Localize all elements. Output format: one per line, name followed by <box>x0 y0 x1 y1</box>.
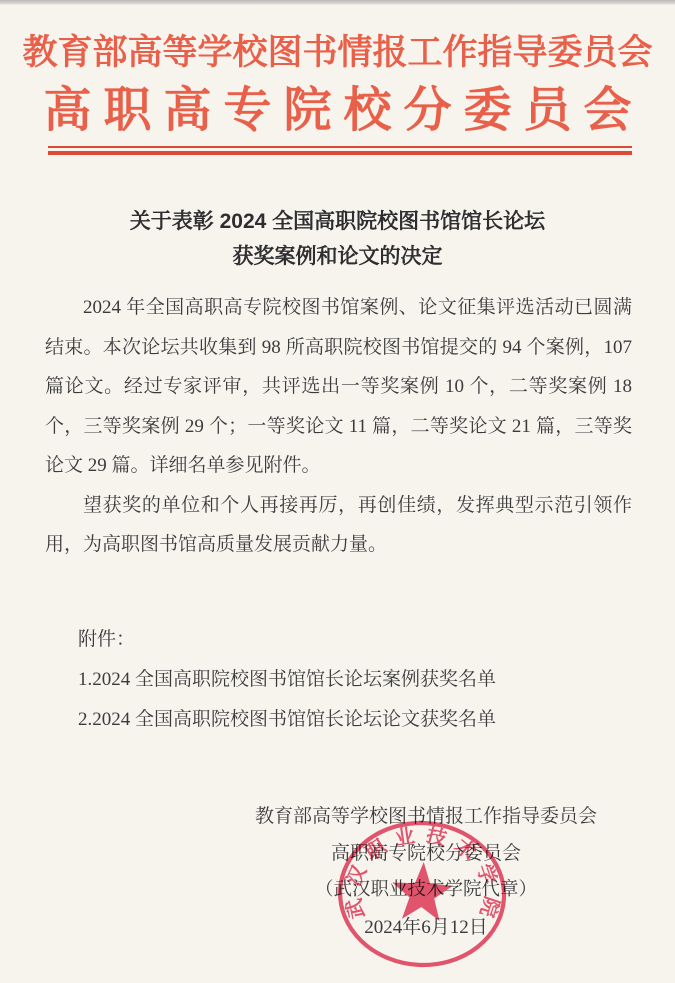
attachment-item-1: 1.2024 全国高职院校图书馆馆长论坛案例获奖名单 <box>78 660 638 700</box>
letterhead-divider <box>48 146 632 155</box>
body-paragraph-2: 望获奖的单位和个人再接再厉，再创佳绩，发挥典型示范引领作用，为高职图书馆高质量发… <box>45 486 632 565</box>
attachment-item-2: 2.2024 全国高职院校图书馆馆长论坛论文获奖名单 <box>78 700 638 740</box>
body-paragraph-1: 2024 年全国高职高专院校图书馆案例、论文征集评选活动已圆满结束。本次论坛共收… <box>45 288 632 486</box>
signature-org-line-1: 教育部高等学校图书情报工作指导委员会 <box>190 798 662 835</box>
signature-date: 2024年6月12日 <box>190 909 662 946</box>
document-title-line-1: 关于表彰 2024 全国高职院校图书馆馆长论坛 <box>0 204 675 239</box>
attachments-label: 附件： <box>78 620 638 660</box>
document-title-line-2: 获奖案例和论文的决定 <box>0 239 675 274</box>
scan-edge-artifact <box>0 0 675 5</box>
document-page: 教育部高等学校图书情报工作指导委员会 高职高专院校分委员会 关于表彰 2024 … <box>0 0 675 983</box>
signature-block: 教育部高等学校图书情报工作指导委员会 高职高专院校分委员会 （武汉职业技术学院代… <box>190 798 662 946</box>
letterhead-org-line-2: 高职高专院校分委员会 <box>0 80 675 142</box>
divider-thick-line <box>48 151 632 155</box>
letterhead: 教育部高等学校图书情报工作指导委员会 高职高专院校分委员会 <box>0 26 675 142</box>
signature-proxy-note: （武汉职业技术学院代章） <box>190 872 662 909</box>
letterhead-org-line-1: 教育部高等学校图书情报工作指导委员会 <box>0 26 675 80</box>
document-body: 2024 年全国高职高专院校图书馆案例、论文征集评选活动已圆满结束。本次论坛共收… <box>45 288 632 565</box>
attachments-section: 附件： 1.2024 全国高职院校图书馆馆长论坛案例获奖名单 2.2024 全国… <box>78 620 638 740</box>
document-title: 关于表彰 2024 全国高职院校图书馆馆长论坛 获奖案例和论文的决定 <box>0 204 675 274</box>
signature-org-line-2: 高职高专院校分委员会 <box>190 835 662 872</box>
